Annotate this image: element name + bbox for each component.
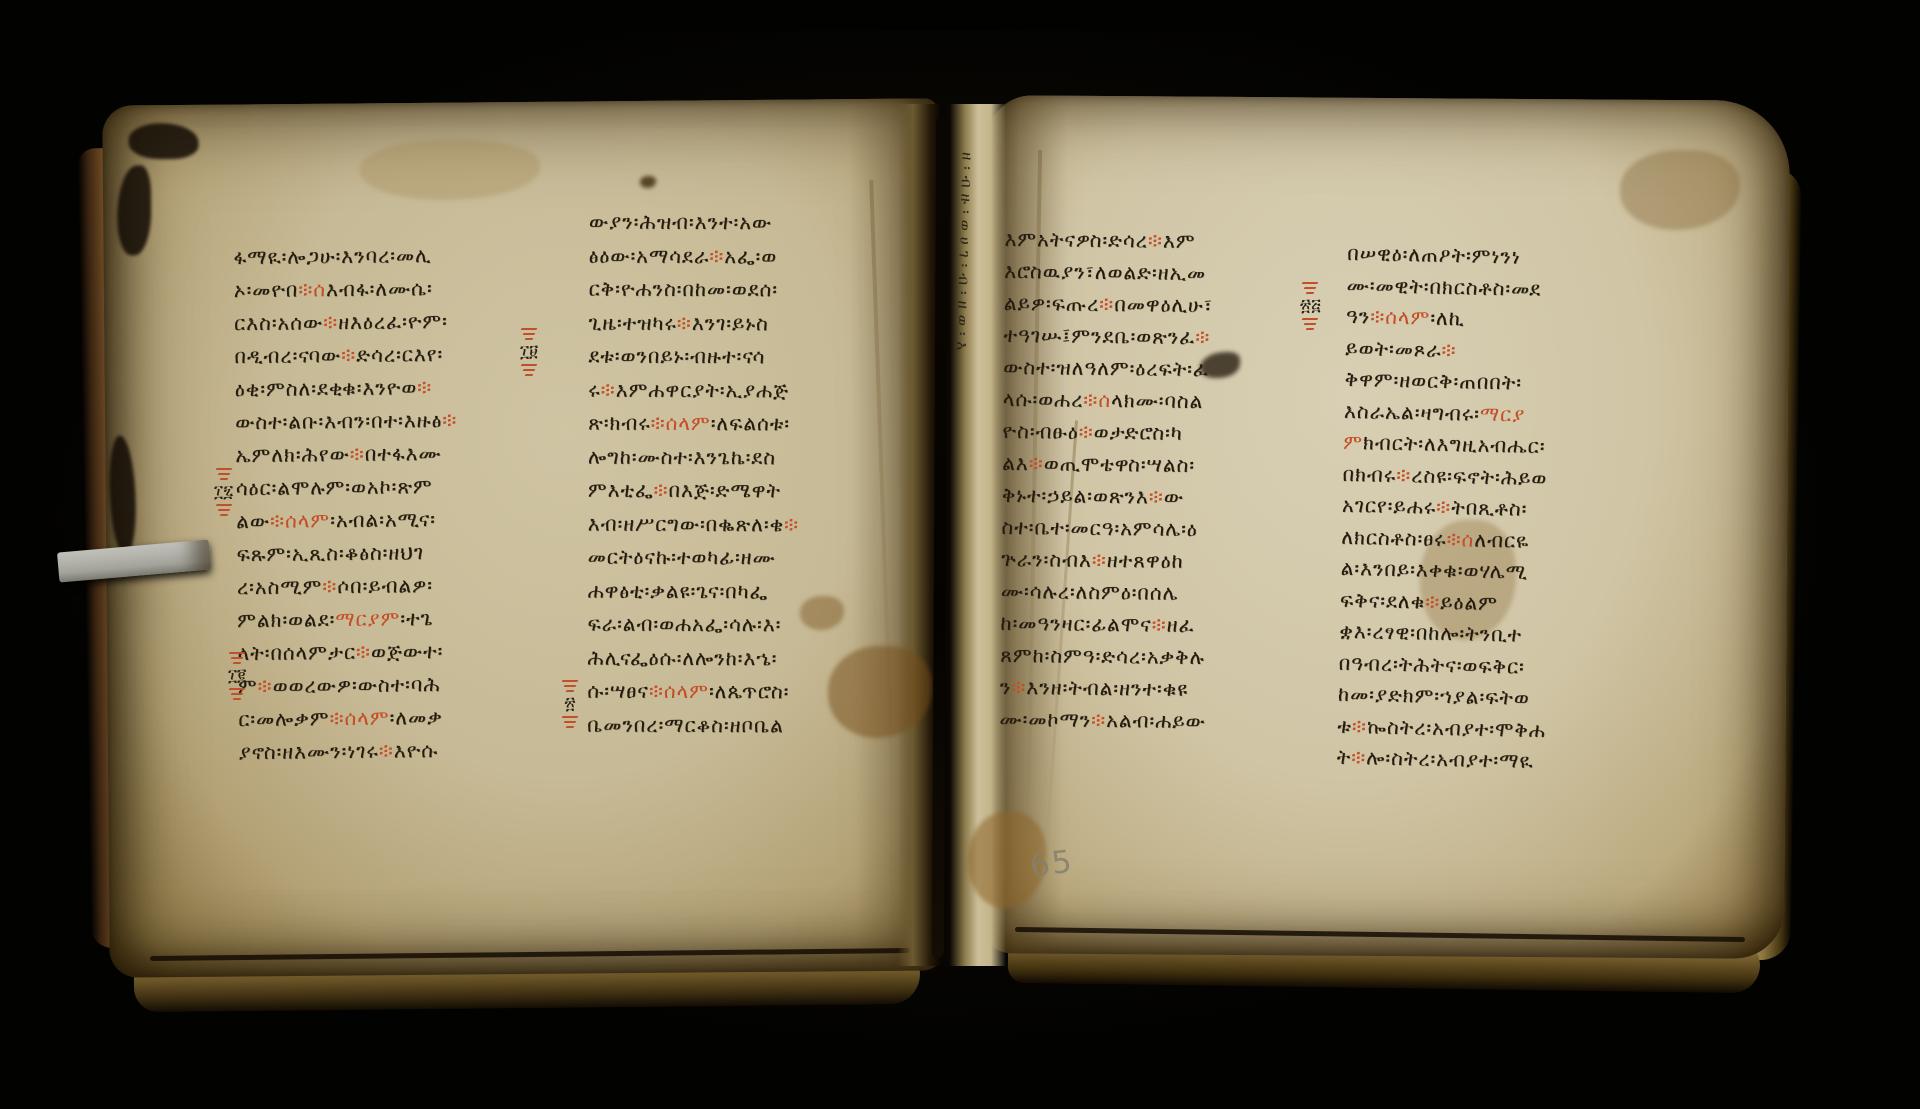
ink-text: በዓብረ፡ትሕትና፡ወፍቅር፡ <box>1338 650 1525 678</box>
ink-text: እንገ፡ይኑስ <box>692 310 769 334</box>
text-line: እምአትናዎስ፡ድሳረ፨እም <box>1004 223 1213 257</box>
ink-text: ከ፡መዓንዛር፡ፊልሞና <box>1000 611 1151 637</box>
ink-text: ክብርት፡ለእግዚአብሔር፡ <box>1363 430 1546 458</box>
pencil-page-number: 65 <box>1028 843 1076 884</box>
text-line: በሠዊዕ፡ለጠዖት፡ምነንነ <box>1347 238 1556 274</box>
rubric-red-text: ፨ <box>1079 420 1094 444</box>
red-flourish <box>521 328 537 340</box>
rubric-red-text: ፨ <box>601 377 616 401</box>
text-line: ከመ፡ያድክም፡ኀያል፡ፍትወ <box>1338 679 1547 715</box>
rubric-red-text: ፨ <box>1029 451 1044 475</box>
text-line: ፍራ፡ልብ፡ወሐአፌ፡ሳሉ፡እ፡ <box>587 608 798 642</box>
text-line: ቅኑተ፡ኃይል፡ወጽንእ፨ው <box>1002 479 1211 513</box>
ink-text: ሱ፡ሣፀና <box>587 679 649 703</box>
ink-text: እስራኤል፡ዛግብሩ፡ <box>1344 398 1480 425</box>
text-line: ረ፡አስሚም፨ሶበ፡ይብልዎ፡ <box>237 569 460 604</box>
text-line: ዓን፨ሰላም፡ለኪ <box>1346 301 1555 337</box>
ink-text: ፍራ፡ልብ፡ወሐአፌ፡ሳሉ፡እ፡ <box>587 612 781 637</box>
ink-text: ኰስትረ፡አብያተ፡ሞቅሐ <box>1367 714 1546 742</box>
ink-text: ሙ፡መዊት፡በክርስቶስ፡መደ <box>1346 272 1541 300</box>
ink-text: አፌ፡ወ <box>724 244 777 268</box>
margin-numeral: ፳ <box>562 680 578 728</box>
rubric-red-text: ፨ <box>784 512 799 536</box>
ink-text: ያኖስ፡ዘእሙን፡ነገሩ <box>238 739 378 764</box>
ink-text: እብ፡ዘሥርግው፡በቈጽለ፡ቄ <box>588 511 784 536</box>
rubric-red-text: ፨ <box>1425 589 1441 613</box>
ink-text: ፡ለጴጥሮስ፡ <box>709 679 789 703</box>
ink-text: በተፋእሙ <box>365 441 442 466</box>
text-line: ል፡እንበይ፡እቀቁ፡ወሃሌሚ <box>1340 553 1549 589</box>
rubric-red-text: ፨ <box>379 739 394 763</box>
ink-text: ላክሙ፡ባስል <box>1111 388 1203 413</box>
text-line: ጽ፡ክብሩ፨ሰላም፡ለፍልሰቱ፡ <box>588 407 799 441</box>
text-line: ፍቅና፡ደለቁ፨ይዕልም <box>1340 584 1549 620</box>
ink-text: ወጢሞቴዋስ፡ሣልስ፡ <box>1044 451 1196 477</box>
ink-text: ምልክ፡ወልደ፡ <box>237 607 335 632</box>
text-line: ስተ፡ቤተ፡መርዓ፡አምሳሌ፡ዕ <box>1001 511 1210 545</box>
text-line: ፋማዪ፡ሎጋሁ፡እንባረ፡መሊ <box>233 239 456 274</box>
rubric-red-text: ፨ <box>1195 325 1210 349</box>
rubric-red-text: ፨ <box>649 679 664 703</box>
rubric-red-text: ፨ <box>1149 484 1164 508</box>
rubric-red-text: ፨ <box>341 343 356 367</box>
red-flourish <box>229 688 245 700</box>
text-line: ቤመንበረ፡ማርቆስ፡ዘቦቤል <box>587 708 798 742</box>
text-line: እሮስዉያን፣ለወልድ፡ዘኢመ <box>1004 255 1213 289</box>
ink-text: ትበጺቶስ፡ <box>1451 495 1528 521</box>
margin-numeral-text: ፲፱ <box>520 342 538 362</box>
text-line: ላሱ፡ወሐረ፨ሰላክሙ፡ባስል <box>1003 383 1212 417</box>
rubric-red-text: ፨ <box>653 478 668 502</box>
rubric-red-text: ፨ሰ <box>1083 388 1111 412</box>
ink-text: ረስዩ፡ፍኖት፡ሕይወ <box>1411 463 1548 490</box>
ink-text: እዮሱ <box>394 738 439 762</box>
text-line: መርትዕናኩ፡ተወካፊ፡ዘሙ <box>588 541 799 575</box>
rubric-red-text: ፨ <box>329 706 344 730</box>
left-page-column-1: ፋማዪ፡ሎጋሁ፡እንባረ፡መሊኦ፡መዮበ፨ሰእብፋ፡ለሙሴ፡ርእስ፡አሰው፨ዘእ… <box>233 239 461 769</box>
rubric-red-text: ፨ <box>709 244 724 268</box>
ink-text: በመዋዕሊሁ፣ <box>1114 292 1213 317</box>
text-line: ፍጹም፡ኢጺስ፡ቆፅስ፡ዘህገ <box>236 536 459 571</box>
ink-text: ከመ፡ያድክም፡ኀያል፡ፍትወ <box>1338 682 1530 710</box>
ink-text: ል፡እንበይ፡እቀቁ፡ወሃሌሚ <box>1340 556 1528 584</box>
text-line: ለክርስቶስ፡ፀሩ፨ሰለብርዬ <box>1341 521 1550 557</box>
rubric-red-text: ፨ <box>1152 612 1167 636</box>
ink-text: ርእስ፡አሰው <box>234 310 323 335</box>
rubric-red-text: ፨ <box>1436 495 1452 519</box>
rubric-red-text: ፨ሰ <box>298 277 326 301</box>
text-line: ሐዋፅቲ፡ቃልዩ፡ጌና፡በካፌ <box>588 574 799 608</box>
rubric-red-text: ፨ <box>442 408 457 432</box>
red-flourish <box>1302 282 1318 294</box>
rubric-red-text: ሰላም <box>666 411 711 435</box>
text-line: ኦ፡መዮበ፨ሰእብፋ፡ለሙሴ፡ <box>234 272 457 307</box>
rubric-red-text: ፨ <box>322 574 337 598</box>
rubric-red-text: ፨ <box>417 375 432 399</box>
ink-text: ው <box>1164 485 1184 509</box>
text-line: በዓብረ፡ትሕትና፡ወፍቅር፡ <box>1338 647 1547 683</box>
red-flourish <box>1302 318 1318 330</box>
rubric-red-text: ፨ <box>323 310 338 334</box>
rubric-red-text: ፨ <box>356 640 371 664</box>
right-page-column-1: እምአትናዎስ፡ድሳረ፨እምእሮስዉያን፣ለወልድ፡ዘኢመልይዎ፡ፍጡረ፨በመዋ… <box>999 223 1213 737</box>
text-line: እብ፡ዘሥርግው፡በቈጽለ፡ቄ፨ <box>588 507 799 541</box>
edge-chip <box>128 123 198 160</box>
margin-numeral: ፳፭ <box>1300 282 1321 330</box>
text-line: ምእቲፌ፨በእጅ፡ድሜዋት <box>588 474 799 508</box>
rubric-red-text: ሰላም <box>664 679 709 703</box>
ink-text: ሙ፡መኮማን <box>999 707 1091 732</box>
ink-text: ን <box>1000 675 1012 699</box>
ink-text: ፡ለመቃ <box>389 705 442 730</box>
rubric-red-text: ፨ <box>677 310 692 334</box>
ink-text: ቤመንበረ፡ማርቆስ፡ዘቦቤል <box>587 712 784 737</box>
text-line: ይወት፡መጾራ፨ <box>1345 332 1554 368</box>
ink-text: ደቱ፡ወንበይኑ፡ብዙተ፡ናሳ <box>588 344 765 369</box>
red-flourish <box>521 364 537 376</box>
text-line: ላት፡በሰላምታር፨ወጅውተ፡ <box>237 635 460 670</box>
ink-text: ይዕልም <box>1440 589 1498 614</box>
ink-text: ሶበ፡ይብልዎ፡ <box>337 573 433 598</box>
text-line: ከ፡መዓንዛር፡ፊልሞና፨ዘፈ <box>1000 607 1209 641</box>
text-line: ሩ፨እምሐዋርያት፡ኢያሐጅ <box>588 373 799 407</box>
ink-text: ይወት፡መጾራ <box>1345 335 1442 361</box>
ink-text: ፡አብል፡አሚና፡ <box>330 507 436 532</box>
ink-text: ውያን፡ሕዝብ፡እንተ፡አው <box>589 210 772 235</box>
ink-text: በክብሩ <box>1342 461 1396 486</box>
text-line: ሎግከ፡ሙስተ፡እንጌኬ፡ደስ <box>588 440 799 474</box>
margin-numeral-text: ፳ <box>565 694 576 714</box>
ink-text: እም <box>1163 229 1196 253</box>
ink-text: ልእ <box>1002 451 1029 475</box>
ink-text: ር፡መሎቃም <box>238 706 330 731</box>
text-line: ሕሊናፌዕሱ፡ለሎንከ፡እኄ፡ <box>587 641 798 675</box>
text-line: ሱ፡ሣፀና፨ሰላም፡ለጴጥሮስ፡ <box>587 675 798 709</box>
red-flourish <box>562 716 578 728</box>
text-line: ውስተ፡ልቡ፡እብን፡በተ፡እዙፅ፨ <box>235 404 458 439</box>
rubric-red-text: ፨ <box>1441 337 1457 361</box>
ink-text: ሳዕር፡ልሞሉም፡ወአኮ፡ጽም <box>236 474 433 500</box>
text-line: ጕራን፡ስብእ፨ዘተጸዋዕከ <box>1001 543 1210 577</box>
text-line: ቱ፨ኰስትረ፡አብያተ፡ሞቅሐ <box>1337 710 1546 746</box>
ink-text: ፡ለኪ <box>1430 306 1465 331</box>
text-line: ምልክ፡ወልደ፡ማርያም፡ተጌ <box>237 602 460 637</box>
ink-text: ምእቲፌ <box>588 478 654 502</box>
text-line: ዮስ፡ብፁዕ፨ወታድሮስ፡ካ <box>1002 415 1211 449</box>
ink-text: ልው <box>236 509 270 533</box>
rubric-red-text: ሰላም <box>344 706 389 730</box>
ink-text: ፋማዪ፡ሎጋሁ፡እንባረ፡መሊ <box>233 243 431 269</box>
ink-text: ሎ፡ስትረ፡አብያተ፡ማዪ <box>1366 745 1534 772</box>
text-line: ደቱ፡ወንበይኑ፡ብዙተ፡ናሳ <box>588 340 799 374</box>
ink-text: ውስተ፡ዝለዓለም፡ዕረፍት፡ፈ <box>1003 355 1209 381</box>
text-line: እስራኤል፡ዛግብሩ፡ማርያ <box>1344 395 1553 431</box>
ink-text: ወወረውዎ፡ውስተ፡ባሕ <box>273 672 441 698</box>
manuscript-photo: ዘ፡ብዙ፡ወሀገ፡ብ፡ዘወ፡እ ፋማዪ፡ሎጋሁ፡እንባረ፡መሊኦ፡መዮበ፨ሰእብ… <box>0 0 1920 1109</box>
ink-text: ጸምከ፡ስምዓ፡ድሳረ፡አቃቅሉ <box>1000 643 1205 669</box>
ink-text: ረ፡አስሚም <box>237 574 323 599</box>
ink-text: ጽ፡ክብሩ <box>588 411 651 435</box>
left-page <box>102 98 946 977</box>
ink-text: ት <box>1337 745 1352 769</box>
text-line: ም፨ወወረውዎ፡ውስተ፡ባሕ <box>238 668 461 703</box>
text-line: በዲብረ፡ናባው፨ድሳረ፡ርእየ፡ <box>234 338 457 373</box>
rubric-red-text: ፨ <box>1351 745 1367 769</box>
margin-numeral-text: ፲፪ <box>228 666 246 686</box>
margin-numeral: ፲፪ <box>228 652 246 700</box>
text-line: ፅዕው፡አማሳደራ፨አፌ፡ወ <box>589 239 800 273</box>
ink-text: እምአትናዎስ፡ድሳረ <box>1004 227 1148 253</box>
ink-text: ተዓገሡ፤ምንደቤ፡ወጽንፈ <box>1003 323 1195 349</box>
rubric-red-text: ፨ <box>1091 708 1106 732</box>
rubric-red-text: ፨ <box>1011 675 1026 699</box>
text-line: ተዓገሡ፤ምንደቤ፡ወጽንፈ፨ <box>1003 319 1212 353</box>
ink-text: ቱ <box>1337 713 1352 737</box>
ink-text: ፍቅና፡ደለቁ <box>1340 587 1426 613</box>
margin-numeral: ፲፯ <box>214 468 233 516</box>
ink-text: ፡ተጌ <box>400 606 433 630</box>
rubric-red-text: ፨ <box>1148 228 1163 252</box>
margin-numeral-text: ፳፭ <box>1300 296 1321 316</box>
rubric-red-text: ፨ <box>1352 714 1368 738</box>
text-line: ሙ፡ሳሉረ፡ለስምዕ፡በሰሌ <box>1001 575 1210 609</box>
ink-text: ቅዋም፡ዘወርቅ፡ጠበበት፡ <box>1344 367 1522 395</box>
text-line: ርቅ፡ዮሐንስ፡በከመ፡ወደሰ፡ <box>589 273 800 307</box>
ink-text: ቅኑተ፡ኃይል፡ወጽንእ <box>1002 483 1149 509</box>
red-flourish <box>216 504 232 516</box>
text-line: ልይዎ፡ፍጡረ፨በመዋዕሊሁ፣ <box>1004 287 1213 321</box>
rubric-red-text: ሰላም <box>1385 305 1431 330</box>
ink-text: ስተ፡ቤተ፡መርዓ፡አምሳሌ፡ዕ <box>1001 515 1198 541</box>
rubric-red-text: ፨ሰ <box>1446 527 1474 552</box>
text-line: አገርየ፡ይሐሩ፨ትበጺቶስ፡ <box>1342 490 1551 526</box>
margin-numeral-text: ፲፯ <box>214 482 233 502</box>
ink-text: ዘፈ <box>1167 613 1195 637</box>
ink-text: ለክርስቶስ፡ፀሩ <box>1341 524 1447 550</box>
text-line: ርእስ፡አሰው፨ዘእዕረፈ፡ዮም፡ <box>234 305 457 340</box>
text-line: ጊዜ፡ተዝካሩ፨እንገ፡ይኑስ <box>588 306 799 340</box>
ink-text: ጊዜ፡ተዝካሩ <box>588 310 676 334</box>
ink-text: አገርየ፡ይሐሩ <box>1342 493 1437 519</box>
ink-text: ሐዋፅቲ፡ቃልዩ፡ጌና፡በካፌ <box>588 578 769 603</box>
ink-text: ዘእዕረፈ፡ዮም፡ <box>338 309 448 334</box>
rubric-red-text: ማርያ <box>1480 401 1526 426</box>
rubric-red-text: ሰላም <box>285 508 330 532</box>
text-line: ቅዋም፡ዘወርቅ፡ጠበበት፡ <box>1344 364 1553 400</box>
rubric-red-text: ማርያም <box>335 606 400 631</box>
ink-text: ለብርዬ <box>1474 527 1529 552</box>
text-line: ሙ፡መዊት፡በክርስቶስ፡መደ <box>1346 269 1555 305</box>
ink-text: ዓን <box>1346 304 1371 329</box>
red-flourish <box>562 680 578 692</box>
text-line: ቋእ፡ረፃዊ፡በከሎ፡ትንቢተ <box>1339 616 1548 652</box>
ink-text: ፡ለፍልሰቱ፡ <box>711 411 790 435</box>
text-line: ልው፨ሰላም፡አብል፡አሚና፡ <box>236 503 459 538</box>
text-line: ሙ፡መኮማን፨አልብ፡ሐይው <box>999 703 1208 737</box>
ink-text: ልይዎ፡ፍጡረ <box>1004 291 1100 316</box>
ink-text: እሮስዉያን፣ለወልድ፡ዘኢመ <box>1004 259 1206 285</box>
red-flourish <box>229 652 245 664</box>
rubric-red-text: ም <box>1343 430 1363 454</box>
ink-text: በእጅ፡ድሜዋት <box>668 478 780 502</box>
rubric-red-text: ፨ <box>257 674 272 698</box>
text-line: ውያን፡ሕዝብ፡እንተ፡አው <box>589 206 800 240</box>
text-line: ጸምከ፡ስምዓ፡ድሳረ፡አቃቅሉ <box>1000 639 1209 673</box>
ink-text: ሙ፡ሳሉረ፡ለስምዕ፡በሰሌ <box>1001 579 1179 605</box>
rubric-red-text: ፨ <box>1396 462 1412 486</box>
ink-text: በሠዊዕ፡ለጠዖት፡ምነንነ <box>1347 241 1521 269</box>
ink-text: ርቅ፡ዮሐንስ፡በከመ፡ወደሰ፡ <box>589 277 778 302</box>
rubric-red-text: ፨ <box>270 509 285 533</box>
right-page-column-2: በሠዊዕ፡ለጠዖት፡ምነንነሙ፡መዊት፡በክርስቶስ፡መደዓን፨ሰላም፡ለኪይወ… <box>1336 238 1556 778</box>
edge-chip <box>117 165 152 255</box>
rubric-red-text: ፨ <box>1099 292 1114 316</box>
ink-text: ዮስ፡ብፁዕ <box>1002 419 1078 444</box>
ink-text: ዘተጸዋዕከ <box>1107 548 1184 573</box>
ink-text: ወታድሮስ፡ካ <box>1094 420 1183 445</box>
ink-text: ፅዕው፡አማሳደራ <box>589 243 710 267</box>
ink-text: ሩ <box>588 377 600 401</box>
ink-text: ጕራን፡ስብእ <box>1001 547 1092 572</box>
text-line: ን፨እንዘ፡ትብል፡ዘንተ፡ቁዩ <box>1000 671 1209 705</box>
text-line: ሳዕር፡ልሞሉም፡ወአኮ፡ጽም <box>236 470 459 505</box>
ink-text: ፍጹም፡ኢጺስ፡ቆፅስ፡ዘህገ <box>236 540 424 566</box>
ink-text: እምሐዋርያት፡ኢያሐጅ <box>616 377 789 402</box>
ink-text: በዲብረ፡ናባው <box>234 343 341 368</box>
ink-text: መርትዕናኩ፡ተወካፊ፡ዘሙ <box>588 545 776 570</box>
ink-text: ውስተ፡ልቡ፡እብን፡በተ፡እዙፅ <box>235 408 442 434</box>
ink-text: ወጅውተ፡ <box>371 639 444 664</box>
ink-text: እንዘ፡ትብል፡ዘንተ፡ቁዩ <box>1026 675 1188 701</box>
ink-text: አልብ፡ሐይው <box>1106 708 1206 733</box>
ink-text: ኤምለክ፡ሕየው <box>235 442 350 467</box>
ink-text: ላት፡በሰላምታር <box>237 640 356 665</box>
rubric-red-text: ፨ <box>651 411 666 435</box>
text-line: ያኖስ፡ዘእሙን፡ነገሩ፨እዮሱ <box>238 734 461 769</box>
ink-text: ላሱ፡ወሐረ <box>1003 387 1084 412</box>
text-line: ምክብርት፡ለእግዚአብሔር፡ <box>1343 427 1552 463</box>
edge-chip <box>109 435 136 555</box>
left-page-column-2: ውያን፡ሕዝብ፡እንተ፡አውፅዕው፡አማሳደራ፨አፌ፡ወርቅ፡ዮሐንስ፡በከመ፡… <box>587 206 800 743</box>
ink-text: ሎግከ፡ሙስተ፡እንጌኬ፡ደስ <box>588 444 776 469</box>
ink-text: ኦ፡መዮበ <box>234 277 299 302</box>
ink-text: ዕቂ፡ምስለ፡ደቂቁ፡እንዮወ <box>235 375 418 401</box>
red-flourish <box>216 468 232 480</box>
text-line: ር፡መሎቃም፨ሰላም፡ለመቃ <box>238 701 461 736</box>
text-line: ልእ፨ወጢሞቴዋስ፡ሣልስ፡ <box>1002 447 1211 481</box>
text-line: ዕቂ፡ምስለ፡ደቂቁ፡እንዮወ፨ <box>235 371 458 406</box>
text-line: በክብሩ፨ረስዩ፡ፍኖት፡ሕይወ <box>1342 458 1551 494</box>
margin-numeral: ፲፱ <box>520 328 538 376</box>
rubric-red-text: ፨ <box>350 442 365 466</box>
ink-text: ድሳረ፡ርእየ፡ <box>356 342 443 367</box>
text-line: ውስተ፡ዝለዓለም፡ዕረፍት፡ፈ <box>1003 351 1212 385</box>
text-line: ት፨ሎ፡ስትረ፡አብያተ፡ማዪ <box>1336 742 1545 778</box>
ink-text: ሕሊናፌዕሱ፡ለሎንከ፡እኄ፡ <box>587 645 777 670</box>
text-line: ኤምለክ፡ሕየው፨በተፋእሙ <box>235 437 458 472</box>
ink-text: ቋእ፡ረፃዊ፡በከሎ፡ትንቢተ <box>1339 619 1522 647</box>
ink-text: እብፋ፡ለሙሴ፡ <box>326 276 433 301</box>
rubric-red-text: ፨ <box>1370 304 1386 328</box>
rubric-red-text: ፨ <box>1092 548 1107 572</box>
